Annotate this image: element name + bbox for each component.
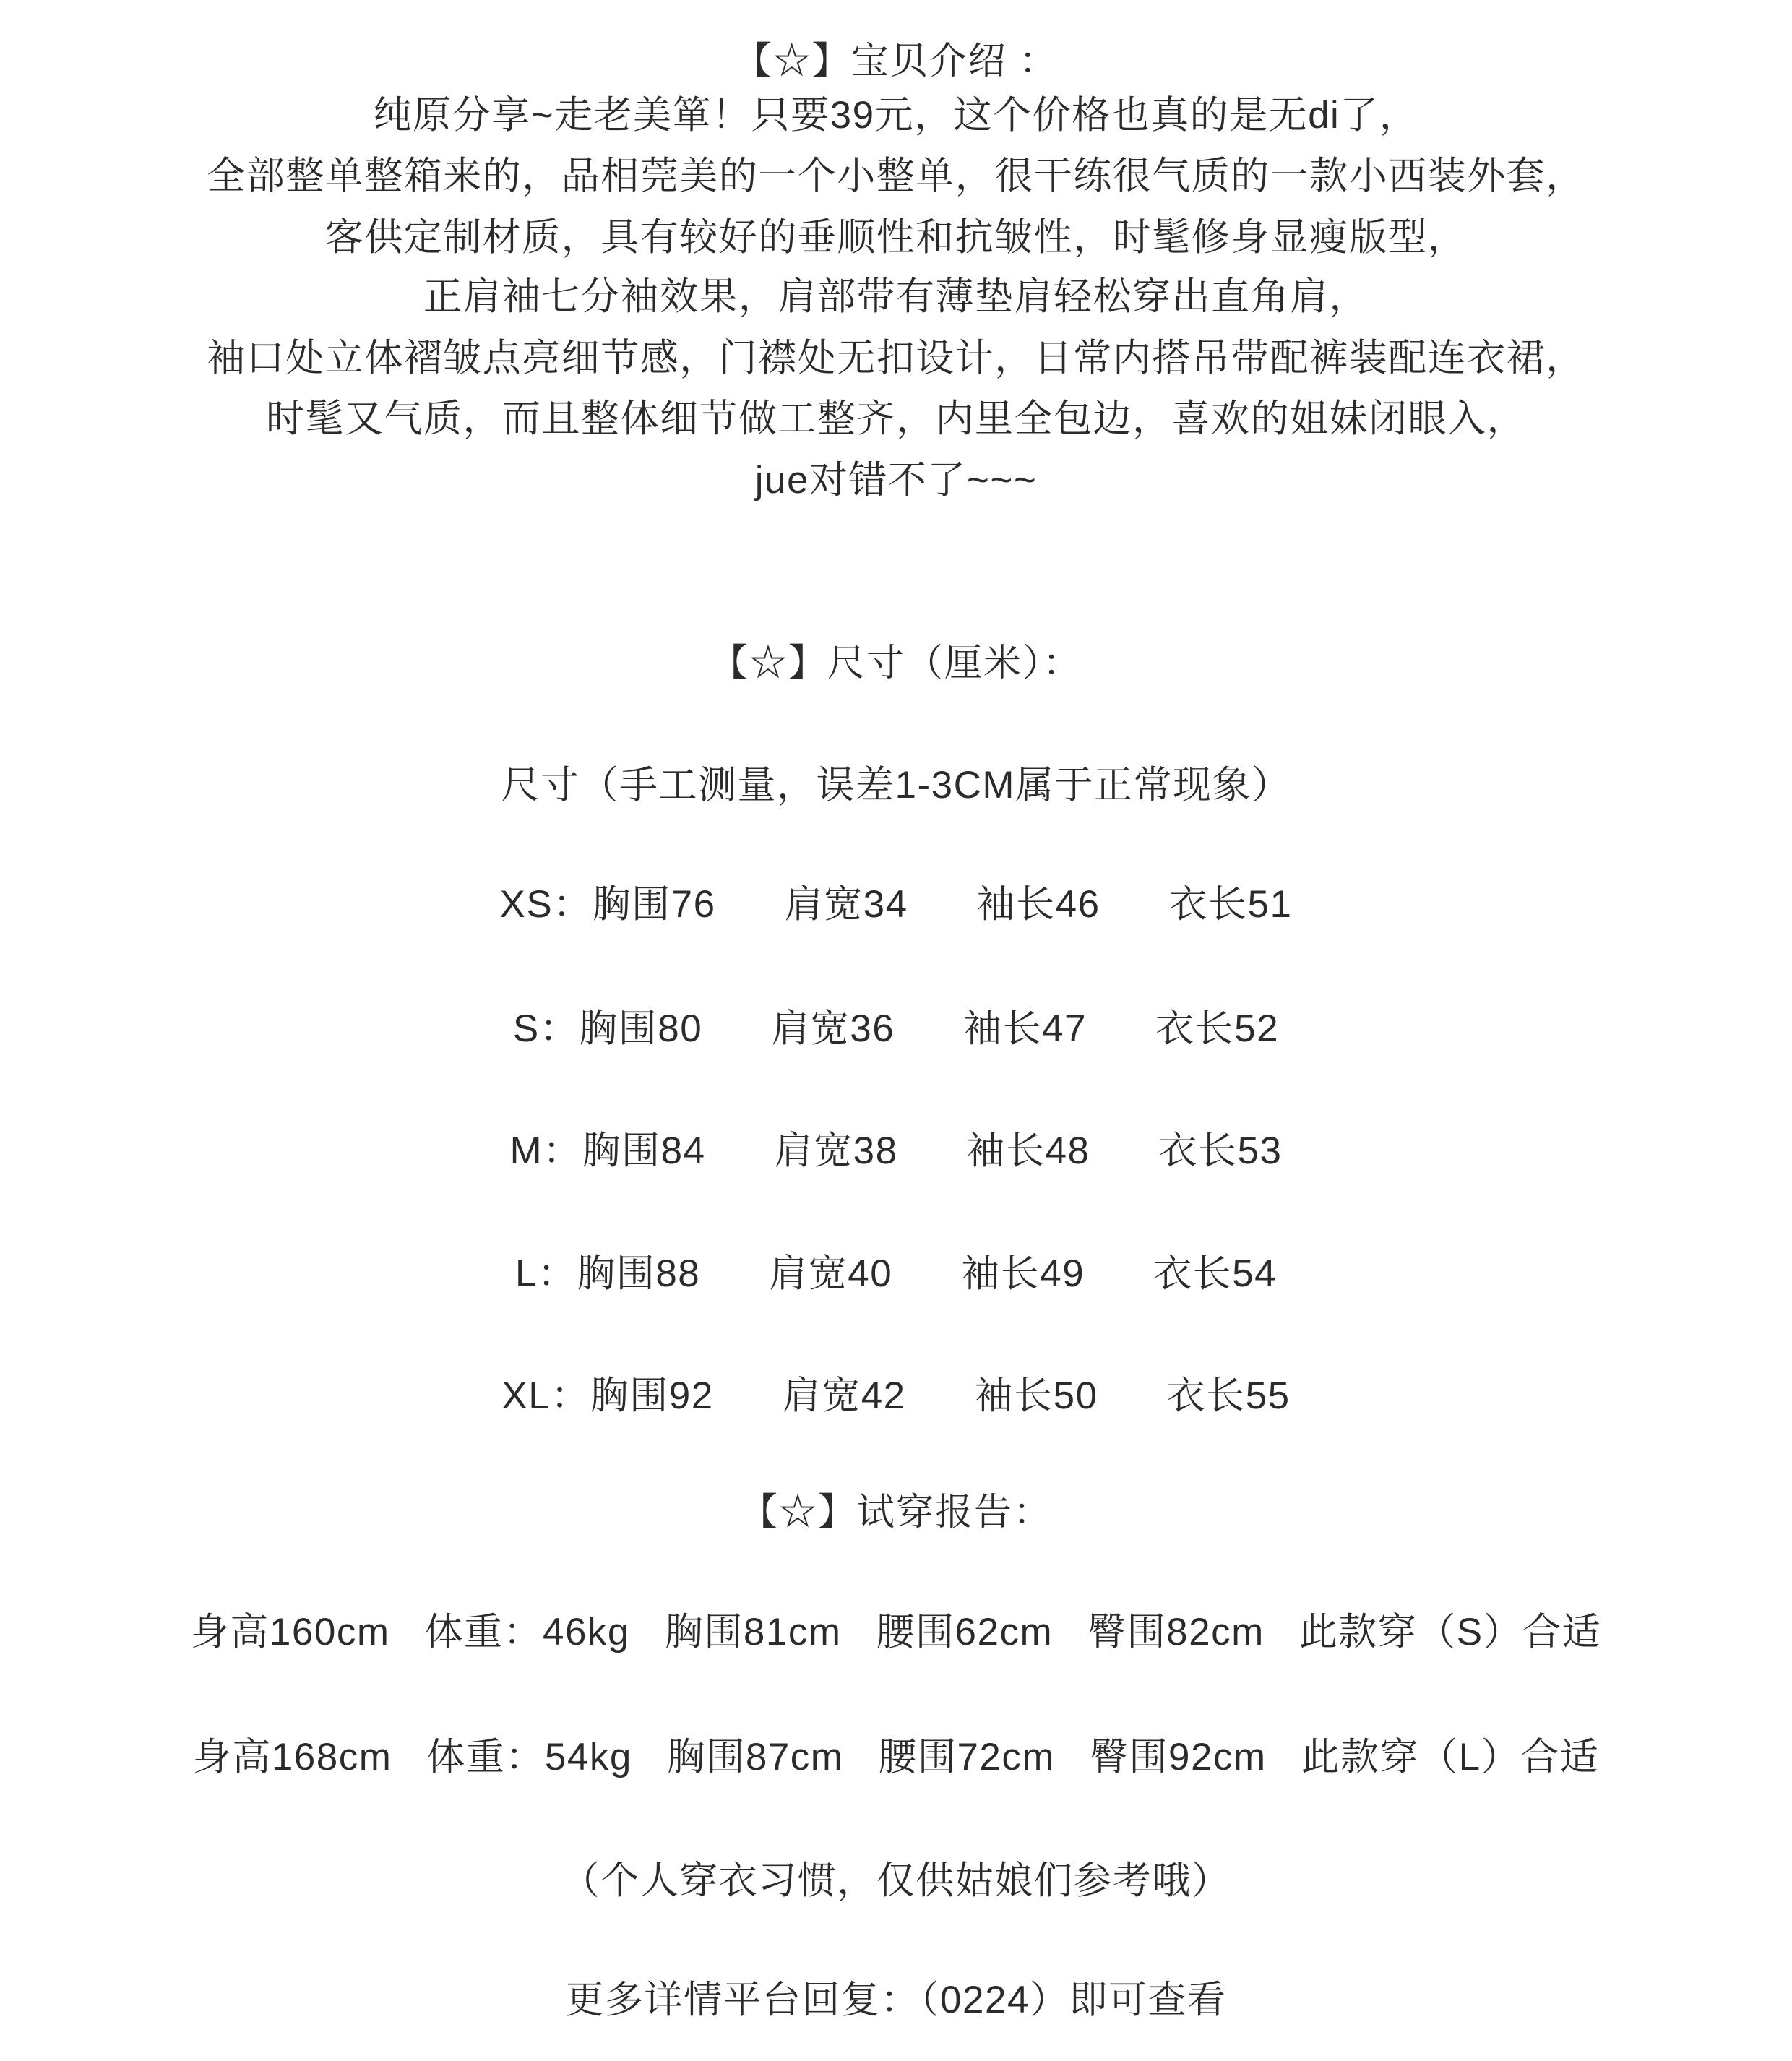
length-value: 衣长51 <box>1169 883 1293 927</box>
sleeve-value: 袖长49 <box>961 1252 1085 1296</box>
size-label-chest: XL：胸围92 <box>501 1374 713 1419</box>
sleeve-value: 袖长46 <box>977 883 1100 927</box>
model-bust: 胸围87cm <box>667 1736 844 1780</box>
fit-report-note: （个人穿衣习惯，仅供姑娘们参考哦） <box>0 1859 1792 1903</box>
size-row-xs: XS：胸围76 肩宽34 袖长46 衣长51 <box>0 883 1792 927</box>
shoulder-value: 肩宽42 <box>783 1374 906 1419</box>
size-row-xl: XL：胸围92 肩宽42 袖长50 衣长55 <box>0 1374 1792 1419</box>
size-measure-note: 尺寸（手工测量，误差1-3CM属于正常现象） <box>0 764 1792 808</box>
chest-value: 胸围92 <box>590 1374 714 1417</box>
size-row-s: S：胸围80 肩宽36 袖长47 衣长52 <box>0 1007 1792 1051</box>
size-row-m: M：胸围84 肩宽38 袖长48 衣长53 <box>0 1130 1792 1174</box>
product-description-page: 【☆】宝贝介绍 ： 纯原分享~走老美箪！只要39元，这个价格也真的是无di了， … <box>0 0 1792 2061</box>
chest-value: 胸围80 <box>579 1007 702 1050</box>
fit-report-row-2: 身高168cm 体重：54kg 胸围87cm 腰围72cm 臀围92cm 此款穿… <box>0 1736 1792 1780</box>
length-value: 衣长54 <box>1153 1252 1277 1296</box>
model-verdict: 此款穿（L）合适 <box>1301 1736 1599 1780</box>
chest-value: 胸围76 <box>593 883 716 926</box>
size-label-chest: S：胸围80 <box>513 1007 702 1051</box>
fit-report-row-1: 身高160cm 体重：46kg 胸围81cm 腰围62cm 臀围82cm 此款穿… <box>0 1611 1792 1655</box>
size-label-chest: M：胸围84 <box>510 1130 706 1174</box>
model-hip: 臀围82cm <box>1087 1611 1265 1655</box>
intro-line-6: 时髦又气质，而且整体细节做工整齐，内里全包边，喜欢的姐妹闭眼入， <box>0 397 1792 442</box>
size-section-header: 【☆】尺寸（厘米）： <box>0 642 1792 686</box>
model-hip: 臀围92cm <box>1090 1736 1267 1780</box>
length-value: 衣长55 <box>1167 1374 1291 1419</box>
model-waist: 腰围62cm <box>876 1611 1054 1655</box>
size-label: L： <box>515 1252 577 1295</box>
size-row-l: L：胸围88 肩宽40 袖长49 衣长54 <box>0 1252 1792 1296</box>
intro-line-5: 袖口处立体褶皱点亮细节感，门襟处无扣设计，日常内搭吊带配裤装配连衣裙， <box>0 337 1792 381</box>
shoulder-value: 肩宽36 <box>771 1007 895 1051</box>
length-value: 衣长53 <box>1159 1130 1283 1174</box>
model-verdict: 此款穿（S）合适 <box>1299 1611 1601 1655</box>
sleeve-value: 袖长48 <box>967 1130 1090 1174</box>
sleeve-value: 袖长47 <box>963 1007 1087 1051</box>
intro-line-2: 全部整单整箱来的，品相莞美的一个小整单，很干练很气质的一款小西装外套， <box>0 155 1792 199</box>
intro-header: 【☆】宝贝介绍 ： <box>0 40 1792 84</box>
size-label: XL： <box>501 1374 590 1417</box>
model-waist: 腰围72cm <box>878 1736 1055 1780</box>
intro-line-7: jue对错不了~~~ <box>0 459 1792 503</box>
chest-value: 胸围88 <box>577 1252 700 1295</box>
model-height: 身高168cm <box>193 1736 392 1780</box>
intro-line-4: 正肩袖七分袖效果，肩部带有薄垫肩轻松穿出直角肩， <box>0 275 1792 319</box>
size-label: XS： <box>499 883 592 926</box>
size-label-chest: L：胸围88 <box>515 1252 700 1296</box>
shoulder-value: 肩宽38 <box>775 1130 898 1174</box>
shoulder-value: 肩宽40 <box>769 1252 892 1296</box>
model-height: 身高160cm <box>191 1611 390 1655</box>
fit-report-header: 【☆】试穿报告： <box>0 1492 1792 1535</box>
size-label-chest: XS：胸围76 <box>499 883 715 927</box>
size-label: S： <box>513 1007 579 1050</box>
more-info-line: 更多详情平台回复：（0224）即可查看 <box>0 1979 1792 2023</box>
sleeve-value: 袖长50 <box>975 1374 1098 1419</box>
length-value: 衣长52 <box>1155 1007 1279 1051</box>
chest-value: 胸围84 <box>582 1130 706 1172</box>
intro-line-3: 客供定制材质，具有较好的垂顺性和抗皱性，时髦修身显瘦版型， <box>0 216 1792 260</box>
model-bust: 胸围81cm <box>665 1611 842 1655</box>
model-weight: 体重：46kg <box>424 1611 629 1655</box>
model-weight: 体重：54kg <box>426 1736 632 1780</box>
shoulder-value: 肩宽34 <box>785 883 908 927</box>
intro-line-1: 纯原分享~走老美箪！只要39元，这个价格也真的是无di了， <box>0 94 1792 138</box>
size-label: M： <box>510 1130 582 1172</box>
